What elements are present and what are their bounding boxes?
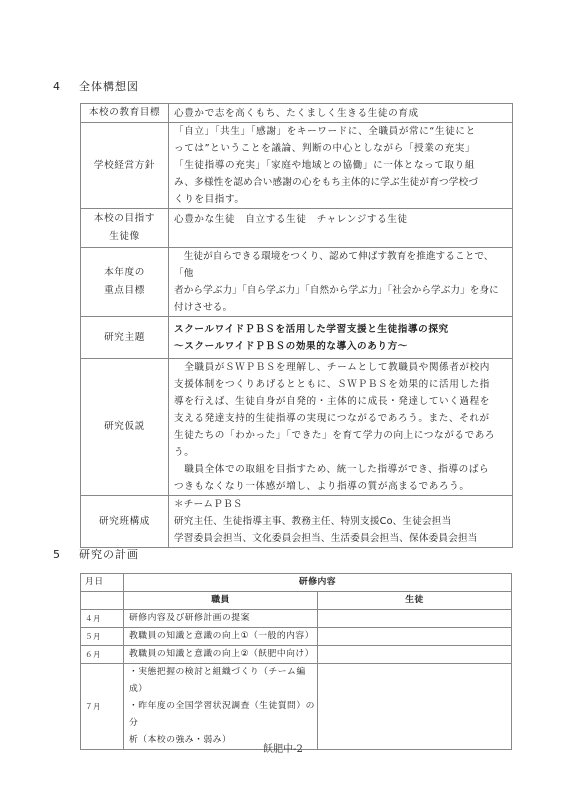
research-theme: スクールワイドＰＢＳを活用した学習支援と生徒指導の探究 ～スクールワイドＰＢＳの… <box>169 317 513 359</box>
students-cell <box>318 646 512 664</box>
section-5-heading: 5研究の計画 <box>53 546 139 562</box>
text-line: ・昨年度の全国学習状況調査（生徒質問）の分 <box>129 698 317 732</box>
table-row: ７月 ・実態把握の検討と組織づくり（チーム編成） ・昨年度の全国学習状況調査（生… <box>81 664 512 750</box>
text-line: 「生徒指導の充実」「家庭や地域との協働」に一体となって取り組 <box>174 157 508 174</box>
text-line: 導を行えば、生徒自身が自発的・主体的に成長・発達していく過程を <box>174 393 508 410</box>
row-value: ＊チームＰＢＳ 研究主任、生徒指導主事、教務主任、特別支援Co、生徒会担当 学習… <box>169 496 513 548</box>
table-row: 本校の教育目標 心豊かで志を高くもち、たくましく生きる生徒の育成 <box>81 104 513 123</box>
text-line: 全職員がＳＷＰＢＳを理解し、チームとして教職員や関係者が校内 <box>174 359 508 376</box>
concept-table: 本校の教育目標 心豊かで志を高くもち、たくましく生きる生徒の育成 学校経営方針 … <box>80 103 513 548</box>
students-cell <box>318 664 512 750</box>
staff-cell: ・実態把握の検討と組織づくり（チーム編成） ・昨年度の全国学習状況調査（生徒質問… <box>124 664 318 750</box>
section-number: 5 <box>53 548 79 561</box>
text-line: 教職員の知識と意識の向上①（一般的内容） <box>129 628 317 645</box>
row-value: 生徒が自らできる環境をつくり、認めて伸ばす教育を推進することで、「他 者から学ぶ… <box>169 248 513 317</box>
row-value: 心豊かで志を高くもち、たくましく生きる生徒の育成 <box>169 104 513 123</box>
section-title: 研究の計画 <box>79 548 139 561</box>
month-header: 月日 <box>81 574 124 592</box>
text-line: スクールワイドＰＢＳを活用した学習支援と生徒指導の探究 <box>174 321 508 338</box>
text-line: 生徒が自らできる環境をつくり、認めて伸ばす教育を推進することで、「他 <box>174 248 508 282</box>
empty-cell <box>81 592 124 610</box>
section-title: 全体構想図 <box>79 80 139 93</box>
month-cell: ４月 <box>81 610 124 628</box>
row-value: 「自立」「共生」「感謝」をキーワードに、全職員が常に“生徒にと っては”というこ… <box>169 123 513 209</box>
content-header: 研修内容 <box>124 574 512 592</box>
text-line: 研修内容及び研修計画の提案 <box>129 610 317 627</box>
row-label: 学校経営方針 <box>81 123 169 209</box>
text-line: っては”ということを議論、判断の中心としながら「授業の充実」 <box>174 140 508 157</box>
table-row: 本年度の 重点目標 生徒が自らできる環境をつくり、認めて伸ばす教育を推進すること… <box>81 248 513 317</box>
row-label: 研究班構成 <box>81 496 169 548</box>
row-value: 心豊かな生徒 自立する生徒 チャレンジする生徒 <box>169 209 513 248</box>
table-row: 研究班構成 ＊チームＰＢＳ 研究主任、生徒指導主事、教務主任、特別支援Co、生徒… <box>81 496 513 548</box>
table-row: 研究仮説 全職員がＳＷＰＢＳを理解し、チームとして教職員や関係者が校内 支援体制… <box>81 359 513 496</box>
text-line: 教職員の知識と意識の向上②（飫肥中向け） <box>129 646 317 663</box>
row-label: 本校の教育目標 <box>81 104 169 123</box>
students-cell <box>318 610 512 628</box>
row-label: 研究主題 <box>81 317 169 359</box>
month-cell: ６月 <box>81 646 124 664</box>
text-line: 心豊かな生徒 自立する生徒 チャレンジする生徒 <box>174 211 508 228</box>
text-line: 学習委員会担当、文化委員会担当、生活委員会担当、保体委員会担当 <box>174 530 508 547</box>
text-line: み、多様性を認め合い感謝の心をもち主体的に学ぶ生徒が育つ学校づ <box>174 174 508 191</box>
table-row: ４月 研修内容及び研修計画の提案 <box>81 610 512 628</box>
text-line: 研究主任、生徒指導主事、教務主任、特別支援Co、生徒会担当 <box>174 513 508 530</box>
header-row: 月日 研修内容 <box>81 574 512 592</box>
row-value: 全職員がＳＷＰＢＳを理解し、チームとして教職員や関係者が校内 支援体制をつくりあ… <box>169 359 513 496</box>
row-label: 本年度の 重点目標 <box>81 248 169 317</box>
label-line: 本年度の <box>81 264 168 282</box>
label-line: 重点目標 <box>81 282 168 300</box>
section-4-heading: 4全体構想図 <box>53 78 139 94</box>
text-line: 職員全体での取組を目指すため、統一した指導ができ、指導のばら <box>174 461 508 478</box>
text-line: 「自立」「共生」「感謝」をキーワードに、全職員が常に“生徒にと <box>174 123 508 140</box>
staff-cell: 教職員の知識と意識の向上①（一般的内容） <box>124 628 318 646</box>
text-line: ～スクールワイドＰＢＳの効果的な導入のあり方～ <box>174 338 508 355</box>
staff-cell: 研修内容及び研修計画の提案 <box>124 610 318 628</box>
staff-header: 職員 <box>124 592 318 610</box>
table-row: 研究主題 スクールワイドＰＢＳを活用した学習支援と生徒指導の探究 ～スクールワイ… <box>81 317 513 359</box>
text-line: ・実態把握の検討と組織づくり（チーム編成） <box>129 664 317 698</box>
month-cell: ５月 <box>81 628 124 646</box>
month-cell: ７月 <box>81 664 124 750</box>
section-number: 4 <box>53 80 79 93</box>
text-line: くりを目指す。 <box>174 191 508 208</box>
students-cell <box>318 628 512 646</box>
table-row: 本校の目指す 生徒像 心豊かな生徒 自立する生徒 チャレンジする生徒 <box>81 209 513 248</box>
text-line: 支援体制をつくりあげるとともに、ＳＷＰＢＳを効果的に活用した指 <box>174 376 508 393</box>
text-line: 付けさせる。 <box>174 299 508 316</box>
text-line: 心豊かで志を高くもち、たくましく生きる生徒の育成 <box>174 105 508 122</box>
students-header: 生徒 <box>318 592 512 610</box>
text-line: 支える発達支持的生徒指導の実現につながるであろう。また、それが <box>174 410 508 427</box>
text-line: 生徒たちの「わかった」「できた」を育て学力の向上につながるであろ <box>174 427 508 444</box>
label-line: 本校の目指す <box>81 210 168 228</box>
text-line: 者から学ぶ力」「自ら学ぶ力」「自然から学ぶ力」「社会から学ぶ力」を身に <box>174 282 508 299</box>
text-line: つきもなくなり一体感が増し、より指導の質が高まるであろう。 <box>174 478 508 495</box>
table-row: 学校経営方針 「自立」「共生」「感謝」をキーワードに、全職員が常に“生徒にと っ… <box>81 123 513 209</box>
header-row: 職員 生徒 <box>81 592 512 610</box>
table-row: ６月 教職員の知識と意識の向上②（飫肥中向け） <box>81 646 512 664</box>
row-label: 本校の目指す 生徒像 <box>81 209 169 248</box>
page-footer: 飫肥中-2 <box>0 740 566 755</box>
label-line: 生徒像 <box>81 228 168 246</box>
staff-cell: 教職員の知識と意識の向上②（飫肥中向け） <box>124 646 318 664</box>
table-row: ５月 教職員の知識と意識の向上①（一般的内容） <box>81 628 512 646</box>
text-line: ＊チームＰＢＳ <box>174 496 508 513</box>
row-label: 研究仮説 <box>81 359 169 496</box>
text-line: う。 <box>174 444 508 461</box>
research-plan-table: 月日 研修内容 職員 生徒 ４月 研修内容及び研修計画の提案 ５月 教職員の知識… <box>80 573 512 750</box>
